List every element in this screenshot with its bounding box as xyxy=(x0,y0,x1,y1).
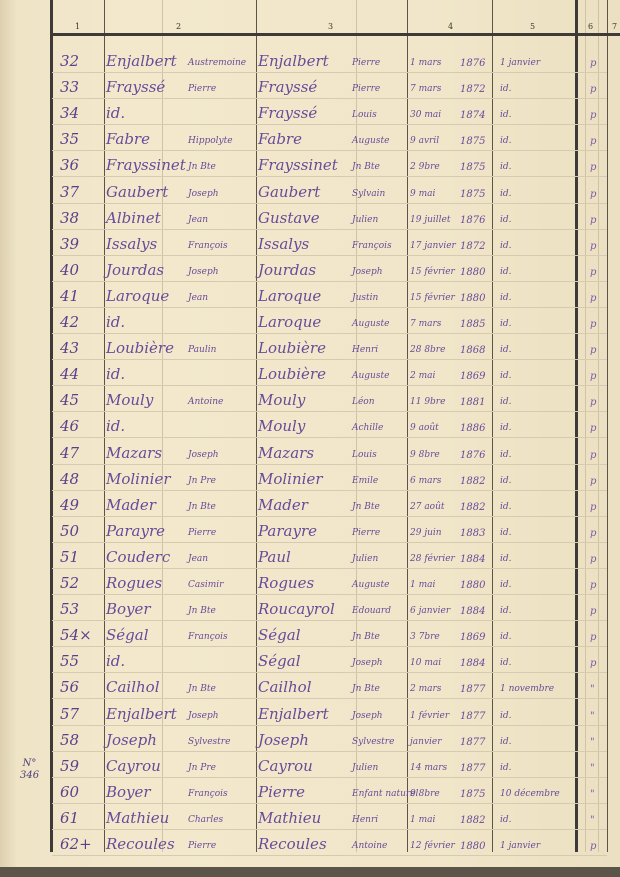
column-2-given-name: Joseph xyxy=(188,189,219,199)
column-2-surname: Rogues xyxy=(106,574,162,592)
column-2-given-name: Jean xyxy=(188,215,208,225)
column-5-date: id. xyxy=(500,319,512,329)
column-3-surname: Gaubert xyxy=(258,183,320,201)
table-row: 38AlbinetJeanGustaveJulien19 juillet1876… xyxy=(0,207,620,231)
row-number: 47 xyxy=(60,444,79,462)
row-number: 61 xyxy=(60,809,79,827)
column-3-surname: Ségal xyxy=(258,626,301,644)
row-number: 57 xyxy=(60,705,79,723)
table-row: 33FraysséPierreFraysséPierre7 mars1872id… xyxy=(0,76,620,100)
column-6-mark: p xyxy=(590,136,596,147)
column-5-date: id. xyxy=(500,815,512,825)
margin-note: N° 346 xyxy=(20,758,39,782)
column-5-date: id. xyxy=(500,632,512,642)
column-2-given-name: Jean xyxy=(188,554,208,564)
column-2-surname: Frayssinet xyxy=(106,156,186,174)
row-number: 38 xyxy=(60,209,79,227)
column-5-date: id. xyxy=(500,658,512,668)
column-6-mark: " xyxy=(590,737,595,748)
column-2-given-name: Joseph xyxy=(188,267,219,277)
column-3-given-name: Henri xyxy=(352,815,378,825)
column-3-surname: Enjalbert xyxy=(258,705,329,723)
column-5-date: id. xyxy=(500,502,512,512)
birth-date: 28 8bre xyxy=(410,345,445,355)
column-2-surname: Laroque xyxy=(106,287,169,305)
row-number: 34 xyxy=(60,104,79,122)
table-row: 36FrayssinetJn BteFrayssinetJn Bte2 9bre… xyxy=(0,154,620,178)
birth-date: 9 avril xyxy=(410,136,439,146)
row-number: 60 xyxy=(60,783,79,801)
column-6-mark: p xyxy=(590,189,596,200)
table-row: 54×SégalFrançoisSégalJn Bte3 7bre1869id.… xyxy=(0,624,620,648)
column-3-given-name: Louis xyxy=(352,450,377,460)
table-row: 55id.SégalJoseph10 mai1884id.p xyxy=(0,650,620,674)
column-5-date: id. xyxy=(500,476,512,486)
column-3-surname: Cayrou xyxy=(258,757,313,775)
birth-date: 6 janvier xyxy=(410,606,450,616)
birth-year: 1880 xyxy=(460,841,485,852)
row-number: 42 xyxy=(60,313,79,331)
table-row: 44id.LoubièreAuguste2 mai1869id.p xyxy=(0,363,620,387)
column-6-mark: p xyxy=(590,476,596,487)
column-2-surname: Enjalbert xyxy=(106,52,177,70)
row-rule xyxy=(52,594,607,595)
column-3-given-name: Joseph xyxy=(352,711,383,721)
column-6-mark: p xyxy=(590,658,596,669)
row-rule xyxy=(52,359,607,360)
table-row: 35FabreHippolyteFabreAuguste9 avril1875i… xyxy=(0,128,620,152)
column-5-date: id. xyxy=(500,110,512,120)
column-6-mark: p xyxy=(590,319,596,330)
row-number: 62+ xyxy=(60,835,92,853)
column-6-mark: p xyxy=(590,554,596,565)
birth-date: 27 août xyxy=(410,502,445,512)
column-6-mark: p xyxy=(590,450,596,461)
column-2-surname: Mader xyxy=(106,496,156,514)
column-3-given-name: Antoine xyxy=(352,841,387,851)
column-3-surname: Laroque xyxy=(258,287,321,305)
column-3-given-name: Jn Bte xyxy=(352,502,380,512)
column-2-surname: Issalys xyxy=(106,235,157,253)
register-page: 1 2 3 4 5 6 7 32EnjalbertAustremoineEnja… xyxy=(0,0,620,870)
row-rule xyxy=(52,777,607,778)
birth-year: 1877 xyxy=(460,711,485,722)
column-5-date: id. xyxy=(500,450,512,460)
column-6-mark: p xyxy=(590,84,596,95)
column-3-surname: Mazars xyxy=(258,444,314,462)
birth-year: 1875 xyxy=(460,162,485,173)
column-number-2: 2 xyxy=(176,22,181,31)
column-6-mark: " xyxy=(590,763,595,774)
column-6-mark: " xyxy=(590,789,595,800)
column-2-given-name: Pierre xyxy=(188,84,216,94)
birth-date: 19 juillet xyxy=(410,215,450,225)
birth-date: 17 janvier xyxy=(410,241,456,251)
row-rule xyxy=(52,281,607,282)
column-2-given-name: Joseph xyxy=(188,450,219,460)
column-3-surname: Frayssé xyxy=(258,104,317,122)
birth-year: 1877 xyxy=(460,737,485,748)
column-number-3: 3 xyxy=(328,22,333,31)
column-6-mark: p xyxy=(590,632,596,643)
column-3-surname: Loubière xyxy=(258,365,326,383)
column-5-date: id. xyxy=(500,241,512,251)
column-3-surname: Recoules xyxy=(258,835,327,853)
birth-date: janvier xyxy=(410,737,442,747)
birth-date: 1 mai xyxy=(410,815,435,825)
birth-year: 1872 xyxy=(460,84,485,95)
birth-year: 1875 xyxy=(460,136,485,147)
column-5-date: id. xyxy=(500,423,512,433)
table-row: 61MathieuCharlesMathieuHenri1 mai1882id.… xyxy=(0,807,620,831)
column-number-4: 4 xyxy=(448,22,453,31)
table-row: 51CoudercJeanPaulJulien28 février1884id.… xyxy=(0,546,620,570)
row-rule xyxy=(52,176,607,177)
column-3-given-name: Auguste xyxy=(352,319,389,329)
birth-year: 1869 xyxy=(460,632,485,643)
birth-date: 15 février xyxy=(410,293,455,303)
column-2-surname: Joseph xyxy=(106,731,157,749)
birth-year: 1869 xyxy=(460,371,485,382)
column-6-mark: p xyxy=(590,110,596,121)
table-row: 53BoyerJn BteRoucayrolEdouard6 janvier18… xyxy=(0,598,620,622)
column-5-date: 10 décembre xyxy=(500,789,560,799)
birth-year: 1880 xyxy=(460,580,485,591)
row-rule xyxy=(52,568,607,569)
column-3-surname: Jourdas xyxy=(258,261,316,279)
row-rule xyxy=(52,464,607,465)
row-number: 40 xyxy=(60,261,79,279)
birth-date: 3 7bre xyxy=(410,632,440,642)
column-3-surname: Mathieu xyxy=(258,809,321,827)
column-2-given-name: Austremoine xyxy=(188,58,246,68)
table-row: 47MazarsJosephMazarsLouis9 8bre1876id.p xyxy=(0,442,620,466)
column-6-mark: " xyxy=(590,684,595,695)
table-row: 37GaubertJosephGaubertSylvain9 mai1875id… xyxy=(0,181,620,205)
column-3-given-name: Auguste xyxy=(352,371,389,381)
birth-date: 28 février xyxy=(410,554,455,564)
birth-year: 1882 xyxy=(460,815,485,826)
row-rule xyxy=(52,124,607,125)
row-number: 56 xyxy=(60,678,79,696)
column-2-given-name: Pierre xyxy=(188,841,216,851)
birth-date: 30 mai xyxy=(410,110,441,120)
column-3-given-name: Auguste xyxy=(352,136,389,146)
column-2-surname: id. xyxy=(106,417,125,435)
row-rule xyxy=(52,307,607,308)
row-number: 53 xyxy=(60,600,79,618)
birth-year: 1880 xyxy=(460,293,485,304)
birth-year: 1885 xyxy=(460,319,485,330)
column-6-mark: p xyxy=(590,293,596,304)
birth-date: 9 8bre xyxy=(410,789,440,799)
column-3-given-name: François xyxy=(352,241,392,251)
table-row: 56CailholJn BteCailholJn Bte2 mars18771 … xyxy=(0,676,620,700)
column-2-surname: Mazars xyxy=(106,444,162,462)
column-5-date: id. xyxy=(500,528,512,538)
birth-year: 1881 xyxy=(460,397,485,408)
column-3-surname: Enjalbert xyxy=(258,52,329,70)
column-2-surname: Frayssé xyxy=(106,78,165,96)
row-number: 58 xyxy=(60,731,79,749)
birth-date: 2 mai xyxy=(410,371,435,381)
table-row: 62+RecoulesPierreRecoulesAntoine12 févri… xyxy=(0,833,620,857)
column-3-given-name: Emile xyxy=(352,476,378,486)
column-3-given-name: Jn Bte xyxy=(352,684,380,694)
row-rule xyxy=(52,229,607,230)
row-number: 33 xyxy=(60,78,79,96)
birth-date: 15 février xyxy=(410,267,455,277)
row-rule xyxy=(52,725,607,726)
column-3-surname: Loubière xyxy=(258,339,326,357)
table-row: 57EnjalbertJosephEnjalbertJoseph1 févrie… xyxy=(0,703,620,727)
column-5-date: 1 novembre xyxy=(500,684,554,694)
row-rule xyxy=(52,829,607,830)
row-rule xyxy=(52,542,607,543)
column-3-given-name: Pierre xyxy=(352,84,380,94)
column-3-surname: Frayssinet xyxy=(258,156,338,174)
birth-date: 14 mars xyxy=(410,763,447,773)
row-rule xyxy=(52,646,607,647)
birth-date: 2 mars xyxy=(410,684,441,694)
column-2-surname: Cayrou xyxy=(106,757,161,775)
column-2-given-name: Charles xyxy=(188,815,223,825)
birth-date: 1 février xyxy=(410,711,449,721)
row-rule xyxy=(52,672,607,673)
birth-year: 1875 xyxy=(460,789,485,800)
column-2-given-name: Jn Bte xyxy=(188,502,216,512)
column-6-mark: p xyxy=(590,371,596,382)
column-2-surname: Parayre xyxy=(106,522,165,540)
table-row: 49MaderJn BteMaderJn Bte27 août1882id.p xyxy=(0,494,620,518)
column-3-given-name: Enfant naturel xyxy=(352,789,418,799)
column-2-surname: Fabre xyxy=(106,130,150,148)
column-3-surname: Molinier xyxy=(258,470,323,488)
column-5-date: id. xyxy=(500,293,512,303)
table-row: 42id.LaroqueAuguste7 mars1885id.p xyxy=(0,311,620,335)
column-3-given-name: Joseph xyxy=(352,658,383,668)
birth-date: 2 9bre xyxy=(410,162,440,172)
column-3-surname: Mader xyxy=(258,496,308,514)
column-3-given-name: Julien xyxy=(352,763,378,773)
row-number: 37 xyxy=(60,183,79,201)
table-row: 59CayrouJn PreCayrouJulien14 mars1877id.… xyxy=(0,755,620,779)
row-rule xyxy=(52,855,607,856)
row-number: 49 xyxy=(60,496,79,514)
column-number-5: 5 xyxy=(530,22,535,31)
column-6-mark: p xyxy=(590,397,596,408)
birth-date: 29 juin xyxy=(410,528,442,538)
table-row: 34id.FraysséLouis30 mai1874id.p xyxy=(0,102,620,126)
row-number: 39 xyxy=(60,235,79,253)
column-2-surname: Jourdas xyxy=(106,261,164,279)
header-rule xyxy=(50,33,620,36)
column-2-given-name: Paulin xyxy=(188,345,216,355)
row-rule xyxy=(52,437,607,438)
column-2-surname: Molinier xyxy=(106,470,171,488)
birth-date: 1 mai xyxy=(410,580,435,590)
column-5-date: 1 janvier xyxy=(500,841,540,851)
row-rule xyxy=(52,150,607,151)
table-row: 60BoyerFrançoisPierreEnfant naturel9 8br… xyxy=(0,781,620,805)
table-row: 45MoulyAntoineMoulyLéon11 9bre1881id.p xyxy=(0,389,620,413)
column-6-mark: p xyxy=(590,241,596,252)
birth-year: 1882 xyxy=(460,476,485,487)
column-2-given-name: Casimir xyxy=(188,580,223,590)
column-5-date: id. xyxy=(500,554,512,564)
column-6-mark: p xyxy=(590,580,596,591)
row-rule xyxy=(52,385,607,386)
column-2-given-name: Sylvestre xyxy=(188,737,230,747)
table-row: 39IssalysFrançoisIssalysFrançois17 janvi… xyxy=(0,233,620,257)
column-2-given-name: Joseph xyxy=(188,711,219,721)
column-2-surname: Gaubert xyxy=(106,183,168,201)
birth-year: 1876 xyxy=(460,215,485,226)
column-3-given-name: Louis xyxy=(352,110,377,120)
column-3-given-name: Joseph xyxy=(352,267,383,277)
birth-date: 7 mars xyxy=(410,319,441,329)
column-6-mark: p xyxy=(590,345,596,356)
birth-year: 1872 xyxy=(460,241,485,252)
column-3-surname: Cailhol xyxy=(258,678,312,696)
row-number: 32 xyxy=(60,52,79,70)
table-row: 58JosephSylvestreJosephSylvestrejanvier1… xyxy=(0,729,620,753)
birth-year: 1877 xyxy=(460,684,485,695)
column-6-mark: p xyxy=(590,841,596,852)
column-6-mark: p xyxy=(590,267,596,278)
column-2-given-name: François xyxy=(188,241,228,251)
row-number: 45 xyxy=(60,391,79,409)
column-3-surname: Frayssé xyxy=(258,78,317,96)
column-5-date: id. xyxy=(500,267,512,277)
column-3-given-name: Auguste xyxy=(352,580,389,590)
column-2-surname: id. xyxy=(106,313,125,331)
column-3-surname: Fabre xyxy=(258,130,302,148)
column-2-given-name: Hippolyte xyxy=(188,136,233,146)
birth-date: 11 9bre xyxy=(410,397,445,407)
birth-date: 12 février xyxy=(410,841,455,851)
row-number: 48 xyxy=(60,470,79,488)
column-2-given-name: François xyxy=(188,789,228,799)
birth-year: 1884 xyxy=(460,606,485,617)
column-2-surname: Cailhol xyxy=(106,678,160,696)
row-number: 43 xyxy=(60,339,79,357)
row-number: 59 xyxy=(60,757,79,775)
column-6-mark: p xyxy=(590,606,596,617)
row-number: 52 xyxy=(60,574,79,592)
row-number: 44 xyxy=(60,365,79,383)
row-rule xyxy=(52,751,607,752)
column-5-date: id. xyxy=(500,84,512,94)
birth-year: 1876 xyxy=(460,58,485,69)
column-5-date: id. xyxy=(500,215,512,225)
column-3-given-name: Pierre xyxy=(352,528,380,538)
column-3-given-name: Jn Bte xyxy=(352,162,380,172)
column-5-date: id. xyxy=(500,397,512,407)
birth-year: 1884 xyxy=(460,554,485,565)
row-number: 41 xyxy=(60,287,79,305)
column-3-surname: Gustave xyxy=(258,209,320,227)
column-3-given-name: Julien xyxy=(352,215,378,225)
column-2-surname: id. xyxy=(106,365,125,383)
column-3-given-name: Henri xyxy=(352,345,378,355)
birth-date: 7 mars xyxy=(410,84,441,94)
table-row: 41LaroqueJeanLaroqueJustin15 février1880… xyxy=(0,285,620,309)
column-3-given-name: Pierre xyxy=(352,58,380,68)
column-5-date: id. xyxy=(500,136,512,146)
birth-year: 1880 xyxy=(460,267,485,278)
row-number: 50 xyxy=(60,522,79,540)
row-number: 54× xyxy=(60,626,92,644)
column-3-given-name: Achille xyxy=(352,423,383,433)
column-2-given-name: Pierre xyxy=(188,528,216,538)
table-row: 43LoubièrePaulinLoubièreHenri28 8bre1868… xyxy=(0,337,620,361)
column-2-surname: Ségal xyxy=(106,626,149,644)
column-5-date: id. xyxy=(500,737,512,747)
birth-year: 1868 xyxy=(460,345,485,356)
birth-year: 1877 xyxy=(460,763,485,774)
column-2-given-name: Jn Pre xyxy=(188,476,216,486)
table-row: 48MolinierJn PreMolinierEmile6 mars1882i… xyxy=(0,468,620,492)
row-rule xyxy=(52,803,607,804)
column-3-surname: Issalys xyxy=(258,235,309,253)
column-6-mark: p xyxy=(590,215,596,226)
column-2-given-name: François xyxy=(188,632,228,642)
birth-year: 1882 xyxy=(460,502,485,513)
column-6-mark: p xyxy=(590,423,596,434)
column-3-surname: Joseph xyxy=(258,731,309,749)
row-number: 51 xyxy=(60,548,79,566)
column-3-given-name: Léon xyxy=(352,397,375,407)
column-2-surname: Mathieu xyxy=(106,809,169,827)
row-number: 35 xyxy=(60,130,79,148)
column-3-surname: Parayre xyxy=(258,522,317,540)
table-row: 52RoguesCasimirRoguesAuguste1 mai1880id.… xyxy=(0,572,620,596)
column-3-given-name: Julien xyxy=(352,554,378,564)
column-2-surname: id. xyxy=(106,104,125,122)
column-6-mark: " xyxy=(590,711,595,722)
column-2-surname: Boyer xyxy=(106,783,151,801)
column-3-given-name: Edouard xyxy=(352,606,391,616)
birth-year: 1884 xyxy=(460,658,485,669)
column-2-surname: Albinet xyxy=(106,209,161,227)
column-5-date: 1 janvier xyxy=(500,58,540,68)
column-number-7: 7 xyxy=(612,22,617,31)
table-row: 46id.MoulyAchille9 août1886id.p xyxy=(0,415,620,439)
birth-year: 1874 xyxy=(460,110,485,121)
column-2-given-name: Jean xyxy=(188,293,208,303)
column-2-given-name: Jn Bte xyxy=(188,606,216,616)
column-5-date: id. xyxy=(500,371,512,381)
birth-date: 9 8bre xyxy=(410,450,440,460)
column-5-date: id. xyxy=(500,189,512,199)
row-rule xyxy=(52,333,607,334)
column-6-mark: p xyxy=(590,162,596,173)
row-rule xyxy=(52,516,607,517)
column-3-given-name: Sylvestre xyxy=(352,737,394,747)
column-2-surname: Boyer xyxy=(106,600,151,618)
column-3-given-name: Justin xyxy=(352,293,378,303)
birth-year: 1886 xyxy=(460,423,485,434)
column-3-given-name: Jn Bte xyxy=(352,632,380,642)
column-3-surname: Mouly xyxy=(258,417,305,435)
table-row: 50ParayrePierreParayrePierre29 juin1883i… xyxy=(0,520,620,544)
column-2-surname: Mouly xyxy=(106,391,153,409)
column-number-1: 1 xyxy=(75,22,80,31)
column-2-given-name: Jn Pre xyxy=(188,763,216,773)
column-2-given-name: Antoine xyxy=(188,397,223,407)
column-6-mark: p xyxy=(590,528,596,539)
